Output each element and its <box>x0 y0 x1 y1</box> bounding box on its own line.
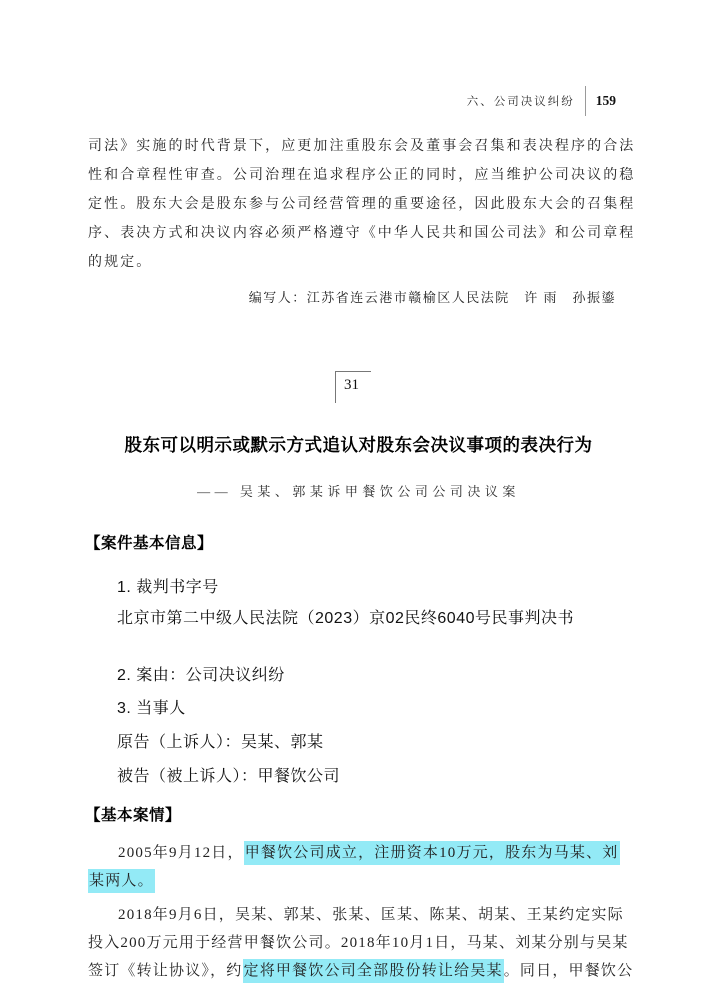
editor-attribution: 编写人：江苏省连云港市赣榆区人民法院 许 雨 孙振鎏 <box>88 287 629 306</box>
plaintiff-line: 原告（上诉人）：吴某、郭某 <box>117 729 629 752</box>
facts-text: 签订《转让协议》，约 <box>88 963 243 979</box>
basic-info-heading: 【案件基本信息】 <box>85 531 213 553</box>
info-item-judgment-label: 1. 裁判书字号 <box>117 574 629 597</box>
running-head-title: 六、公司决议纠纷 <box>467 93 575 109</box>
facts-heading: 【基本案情】 <box>85 803 181 825</box>
page-number: 159 <box>596 93 616 109</box>
facts-line: 2005年9月12日，甲餐饮公司成立，注册资本10万元，股东为马某、刘 <box>88 839 648 867</box>
intro-paragraph: 司法》实施的时代背景下，应更加注重股东会及董事会召集和表决程序的合法 性和合章程… <box>88 132 629 306</box>
judgment-number: 北京市第二中级人民法院（2023）京02民终6040号民事判决书 <box>117 605 629 633</box>
facts-line: 某两人。 <box>88 867 648 895</box>
intro-line: 序、表决方式和决议内容必须严格遵守《中华人民共和国公司法》和公司章程 <box>88 219 629 248</box>
intro-line: 定性。股东大会是股东参与公司经营管理的重要途径，因此股东大会的召集程 <box>88 190 629 219</box>
facts-text: 。同日，甲餐饮公 <box>504 963 634 979</box>
case-title: 股东可以明示或默示方式追认对股东会决议事项的表决行为 <box>70 432 647 457</box>
book-page: 六、公司决议纠纷 159 司法》实施的时代背景下，应更加注重股东会及董事会召集和… <box>0 0 717 999</box>
defendant-line: 被告（被上诉人）：甲餐饮公司 <box>117 763 629 786</box>
facts-text: 2005年9月12日， <box>118 845 244 861</box>
facts-line: 2018年9月6日，吴某、郭某、张某、匡某、陈某、胡某、王某约定实际 <box>88 901 648 929</box>
case-subtitle: —— 吴某、郭某诉甲餐饮公司公司决议案 <box>88 481 629 500</box>
facts-line: 投入200万元用于经营甲餐饮公司。2018年10月1日，马某、刘某分别与吴某 <box>88 929 648 957</box>
facts-line: 签订《转让协议》，约定将甲餐饮公司全部股份转让给吴某。同日，甲餐饮公 <box>88 957 648 985</box>
info-item-cause: 2. 案由：公司决议纠纷 <box>117 662 629 685</box>
case-number-box: 31 <box>335 371 371 403</box>
info-item-parties: 3. 当事人 <box>117 695 629 718</box>
intro-line: 司法》实施的时代背景下，应更加注重股东会及董事会召集和表决程序的合法 <box>88 132 629 161</box>
facts-text: 投入200万元用于经营甲餐饮公司。2018年10月1日，马某、刘某分别与吴某 <box>88 935 629 951</box>
intro-line: 性和合章程性审查。公司治理在追求程序公正的同时，应当维护公司决议的稳 <box>88 161 629 190</box>
facts-section: 2005年9月12日，甲餐饮公司成立，注册资本10万元，股东为马某、刘 某两人。… <box>88 839 648 985</box>
facts-text: 2018年9月6日，吴某、郭某、张某、匡某、陈某、胡某、王某约定实际 <box>118 907 624 923</box>
highlighted-text: 定将甲餐饮公司全部股份转让给吴某 <box>243 959 504 983</box>
intro-line: 的规定。 <box>88 248 629 277</box>
case-number: 31 <box>344 377 359 393</box>
header-divider <box>585 86 586 116</box>
highlighted-text: 某两人。 <box>88 869 155 893</box>
running-header: 六、公司决议纠纷 159 <box>467 86 616 116</box>
highlighted-text: 甲餐饮公司成立，注册资本10万元，股东为马某、刘 <box>244 841 620 865</box>
